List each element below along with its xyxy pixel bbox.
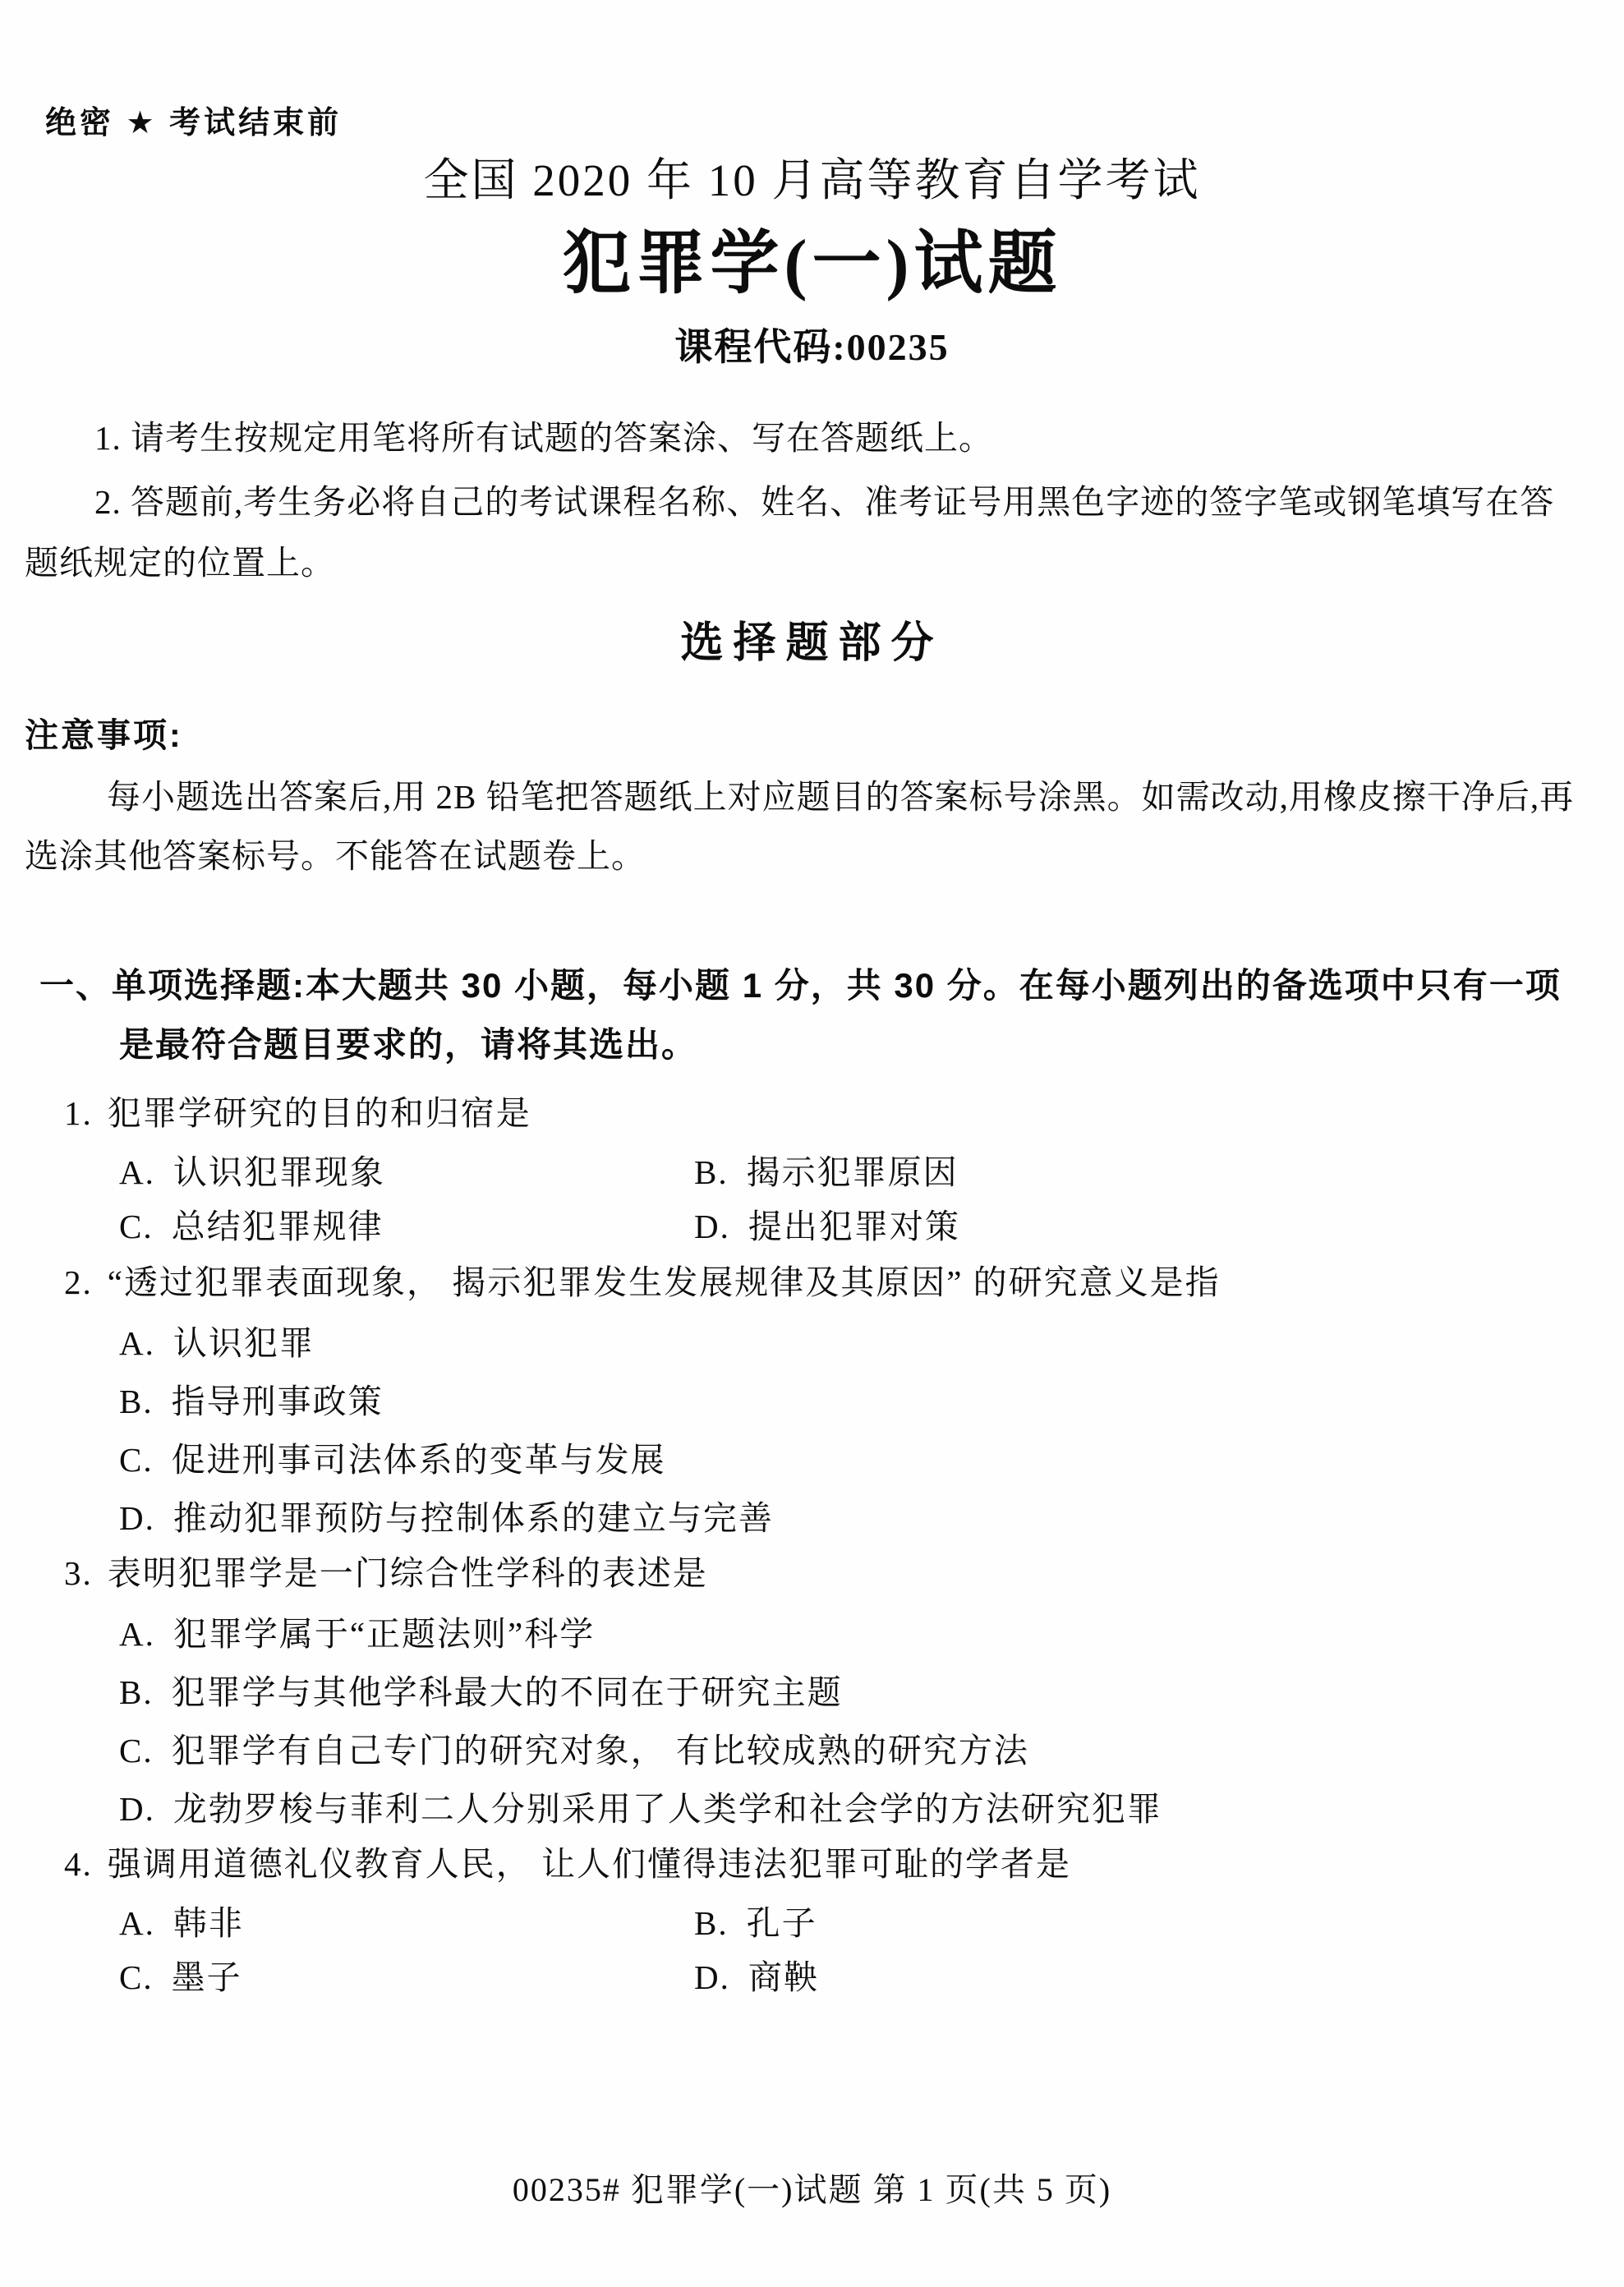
exam-paper-page: 绝密 ★ 考试结束前 全国 2020 年 10 月高等教育自学考试 犯罪学(一)…: [0, 0, 1624, 2287]
option-label: A.: [119, 1615, 155, 1653]
question-text: 犯罪学研究的目的和归宿是: [108, 1094, 531, 1132]
page-footer: 00235# 犯罪学(一)试题 第 1 页(共 5 页): [0, 2164, 1624, 2211]
paper-title: 犯罪学(一)试题: [0, 208, 1624, 307]
option-label: D.: [119, 1790, 155, 1828]
classification-banner: 绝密 ★ 考试结束前: [45, 97, 342, 142]
option-text: 推动犯罪预防与控制体系的建立与完善: [173, 1499, 774, 1537]
option-label: B.: [694, 1153, 729, 1191]
question-2-stem: 2.“透过犯罪表面现象， 揭示犯罪发生发展规律及其原因” 的研究意义是指: [25, 1259, 1599, 1306]
option-label: B.: [694, 1904, 729, 1942]
question-3-stem: 3.表明犯罪学是一门综合性学科的表述是: [25, 1549, 1599, 1597]
option-b: B.孔子: [694, 1896, 1599, 1950]
option-b: B.指导刑事政策: [119, 1373, 1599, 1431]
option-b: B.犯罪学与其他学科最大的不同在于研究主题: [119, 1663, 1599, 1722]
option-text: 犯罪学与其他学科最大的不同在于研究主题: [172, 1673, 843, 1711]
option-label: A.: [119, 1153, 155, 1191]
option-label: D.: [694, 1958, 730, 1996]
part-one-heading: 一、单项选择题:本大题共 30 小题，每小题 1 分，共 30 分。在每小题列出…: [39, 956, 1563, 1074]
option-label: B.: [119, 1383, 154, 1420]
option-label: D.: [694, 1208, 730, 1245]
option-text: 商鞅: [748, 1958, 819, 1996]
option-a: A.犯罪学属于“正题法则”科学: [119, 1605, 1599, 1663]
instruction-2: 2. 答题前,考生务必将自己的考试课程名称、姓名、准考证号用黑色字迹的签字笔或钢…: [25, 472, 1581, 593]
notes-label: 注意事项:: [25, 708, 183, 757]
option-c: C.总结犯罪规律: [119, 1199, 694, 1254]
question-text: “透过犯罪表面现象， 揭示犯罪发生发展规律及其原因” 的研究意义是指: [108, 1263, 1221, 1301]
option-text: 提出犯罪对策: [748, 1208, 960, 1245]
option-label: B.: [119, 1673, 154, 1711]
option-label: C.: [119, 1958, 154, 1996]
option-text: 韩非: [173, 1904, 244, 1942]
option-text: 犯罪学有自己专门的研究对象， 有比较成熟的研究方法: [172, 1732, 1029, 1769]
option-a: A.韩非: [119, 1896, 694, 1950]
notes-paragraph: 每小题选出答案后,用 2B 铅笔把答题纸上对应题目的答案标号涂黑。如需改动,用橡…: [25, 767, 1589, 886]
question-number: 1.: [25, 1089, 93, 1137]
option-c: C.促进刑事司法体系的变革与发展: [119, 1431, 1599, 1489]
question-1-stem: 1.犯罪学研究的目的和归宿是: [25, 1089, 1599, 1137]
option-text: 墨子: [172, 1958, 242, 1996]
option-label: A.: [119, 1904, 155, 1942]
option-text: 揭示犯罪原因: [747, 1153, 959, 1191]
option-a: A.认识犯罪: [119, 1314, 1599, 1373]
question-number: 2.: [25, 1259, 93, 1306]
option-d: D.推动犯罪预防与控制体系的建立与完善: [119, 1489, 1599, 1548]
option-b: B.揭示犯罪原因: [694, 1145, 1599, 1199]
option-c: C.犯罪学有自己专门的研究对象， 有比较成熟的研究方法: [119, 1722, 1599, 1780]
option-label: D.: [119, 1499, 155, 1537]
question-text: 表明犯罪学是一门综合性学科的表述是: [108, 1554, 708, 1592]
question-2-options: A.认识犯罪 B.指导刑事政策 C.促进刑事司法体系的变革与发展 D.推动犯罪预…: [119, 1314, 1599, 1548]
question-number: 3.: [25, 1549, 93, 1597]
section-title: 选择题部分: [0, 608, 1624, 670]
option-c: C.墨子: [119, 1950, 694, 2004]
question-text: 强调用道德礼仪教育人民， 让人们懂得违法犯罪可耻的学者是: [108, 1845, 1071, 1883]
question-3-options: A.犯罪学属于“正题法则”科学 B.犯罪学与其他学科最大的不同在于研究主题 C.…: [119, 1605, 1599, 1838]
question-4: 4.强调用道德礼仪教育人民， 让人们懂得违法犯罪可耻的学者是 A.韩非 B.孔子…: [25, 1840, 1599, 2004]
question-4-stem: 4.强调用道德礼仪教育人民， 让人们懂得违法犯罪可耻的学者是: [25, 1840, 1599, 1888]
instruction-1: 1. 请考生按规定用笔将所有试题的答案涂、写在答题纸上。: [25, 411, 1585, 459]
option-text: 指导刑事政策: [172, 1383, 384, 1420]
question-1-options: A.认识犯罪现象 B.揭示犯罪原因 C.总结犯罪规律 D.提出犯罪对策: [119, 1145, 1599, 1254]
option-text: 总结犯罪规律: [172, 1208, 384, 1245]
option-d: D.商鞅: [694, 1950, 1599, 2004]
course-code: 课程代码:00235: [0, 317, 1624, 371]
question-number: 4.: [25, 1840, 93, 1888]
option-text: 龙勃罗梭与菲利二人分别采用了人类学和社会学的方法研究犯罪: [173, 1790, 1162, 1828]
question-1: 1.犯罪学研究的目的和归宿是 A.认识犯罪现象 B.揭示犯罪原因 C.总结犯罪规…: [25, 1089, 1599, 1254]
option-label: C.: [119, 1441, 154, 1479]
option-label: A.: [119, 1324, 155, 1362]
option-label: C.: [119, 1208, 154, 1245]
option-text: 促进刑事司法体系的变革与发展: [172, 1441, 666, 1479]
option-text: 认识犯罪: [173, 1324, 315, 1362]
option-text: 犯罪学属于“正题法则”科学: [173, 1615, 595, 1653]
question-2: 2.“透过犯罪表面现象， 揭示犯罪发生发展规律及其原因” 的研究意义是指 A.认…: [25, 1259, 1599, 1548]
option-a: A.认识犯罪现象: [119, 1145, 694, 1199]
question-4-options: A.韩非 B.孔子 C.墨子 D.商鞅: [119, 1896, 1599, 2004]
option-d: D.龙勃罗梭与菲利二人分别采用了人类学和社会学的方法研究犯罪: [119, 1780, 1599, 1838]
question-3: 3.表明犯罪学是一门综合性学科的表述是 A.犯罪学属于“正题法则”科学 B.犯罪…: [25, 1549, 1599, 1838]
exam-title: 全国 2020 年 10 月高等教育自学考试: [0, 144, 1624, 209]
option-text: 孔子: [747, 1904, 817, 1942]
option-d: D.提出犯罪对策: [694, 1199, 1599, 1254]
option-label: C.: [119, 1732, 154, 1769]
option-text: 认识犯罪现象: [173, 1153, 385, 1191]
